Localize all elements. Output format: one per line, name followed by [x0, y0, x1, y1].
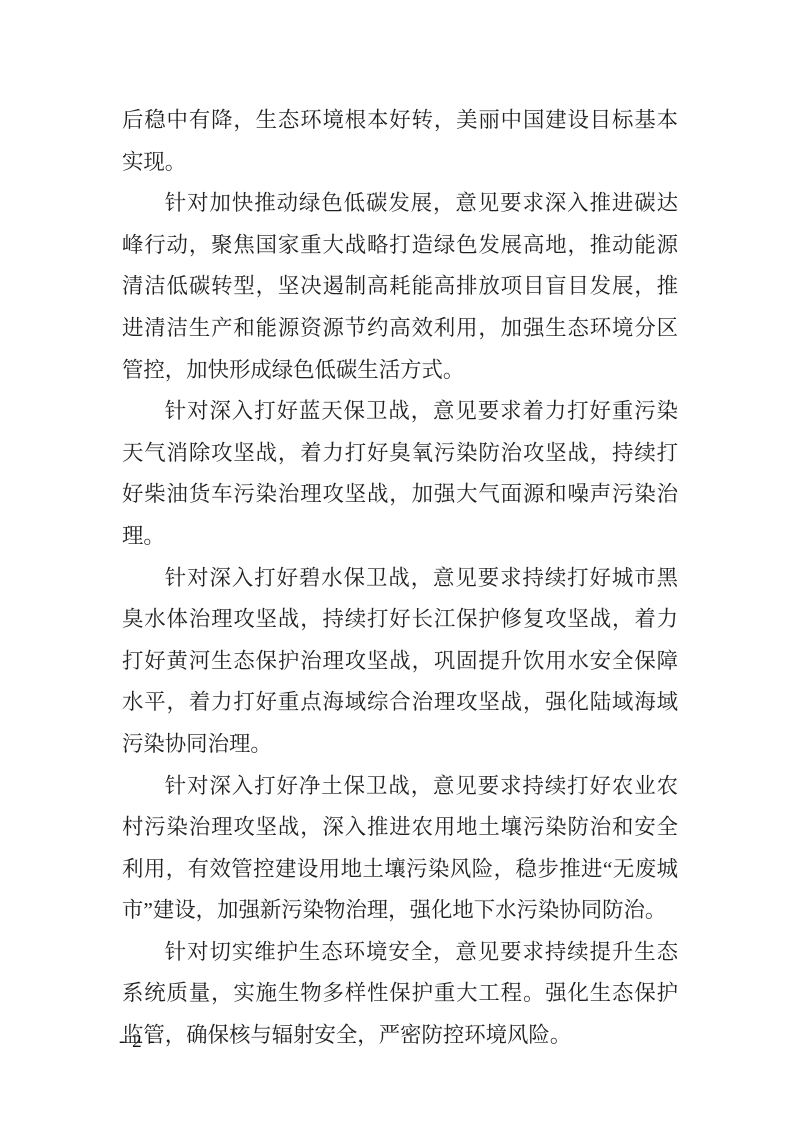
paragraph: 针对深入打好蓝天保卫战，意见要求着力打好重污染天气消除攻坚战，着力打好臭氧污染防… [122, 391, 678, 557]
paragraph: 针对加快推动绿色低碳发展，意见要求深入推进碳达峰行动，聚焦国家重大战略打造绿色发… [122, 183, 678, 391]
paragraph: 针对切实维护生态环境安全，意见要求持续提升生态系统质量，实施生物多样性保护重大工… [122, 932, 678, 1057]
paragraph: 针对深入打好碧水保卫战，意见要求持续打好城市黑臭水体治理攻坚战，持续打好长江保护… [122, 558, 678, 766]
document-page: 后稳中有降，生态环境根本好转，美丽中国建设目标基本实现。针对加快推动绿色低碳发展… [0, 0, 800, 1131]
page-number: - 2 - [119, 1030, 156, 1054]
paragraph: 针对深入打好净土保卫战，意见要求持续打好农业农村污染治理攻坚战，深入推进农用地土… [122, 766, 678, 932]
document-body: 后稳中有降，生态环境根本好转，美丽中国建设目标基本实现。针对加快推动绿色低碳发展… [122, 100, 678, 1057]
paragraph: 后稳中有降，生态环境根本好转，美丽中国建设目标基本实现。 [122, 100, 678, 183]
